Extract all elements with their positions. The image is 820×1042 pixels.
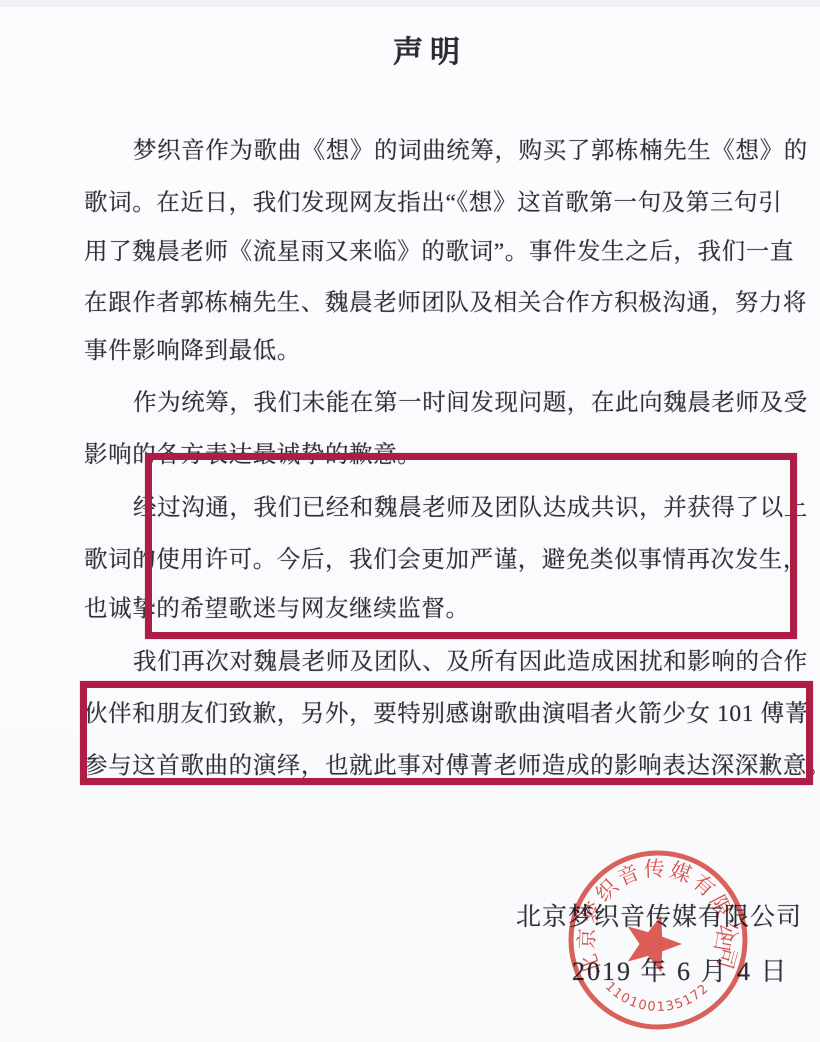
- statement-line: 我们再次对魏晨老师及团队、及所有因此造成困扰和影响的合作: [84, 642, 820, 676]
- statement-line: 梦织音作为歌曲《想》的词曲统筹，购买了郭栋楠先生《想》的: [84, 131, 820, 165]
- statement-line: 事件影响降到最低。: [84, 331, 800, 365]
- document-title: 声明: [0, 27, 820, 71]
- company-seal-stamp: 北京梦织音传媒有限公司 1101001351721 凹: [548, 830, 768, 1042]
- statement-line: 伙伴和朋友们致歉，另外，要特别感谢歌曲演唱者火箭少女 101 傅菁: [84, 694, 800, 728]
- statement-document: 声明 梦织音作为歌曲《想》的词曲统筹，购买了郭栋楠先生《想》的 歌词。在近日，我…: [0, 0, 820, 1042]
- seal-side-glyph: 凹: [710, 929, 735, 953]
- statement-line: 用了魏晨老师《流星雨又来临》的歌词”。事件发生之后，我们一直: [84, 232, 800, 266]
- statement-line: 影响的各方表达最诚挚的歉意。: [84, 435, 800, 469]
- statement-line: 歌词。在近日，我们发现网友指出“《想》这首歌第一句及第三句引: [84, 183, 800, 217]
- statement-line: 歌词的使用许可。今后，我们会更加严谨，避免类似事情再次发生，: [84, 540, 800, 574]
- seal-star-icon: [617, 907, 688, 976]
- statement-line: 也诚挚的希望歌迷与网友继续监督。: [84, 589, 800, 623]
- statement-line: 经过沟通，我们已经和魏晨老师及团队达成共识，并获得了以上: [84, 488, 820, 522]
- statement-line: 在跟作者郭栋楠先生、魏晨老师团队及相关合作方积极沟通，努力将: [84, 283, 800, 317]
- screenshot-top-strip: [0, 0, 820, 7]
- statement-line: 参与这首歌曲的演绎，也就此事对傅菁老师造成的影响表达深深歉意。: [84, 746, 800, 780]
- statement-line: 作为统筹，我们未能在第一时间发现问题，在此向魏晨老师及受: [84, 383, 820, 417]
